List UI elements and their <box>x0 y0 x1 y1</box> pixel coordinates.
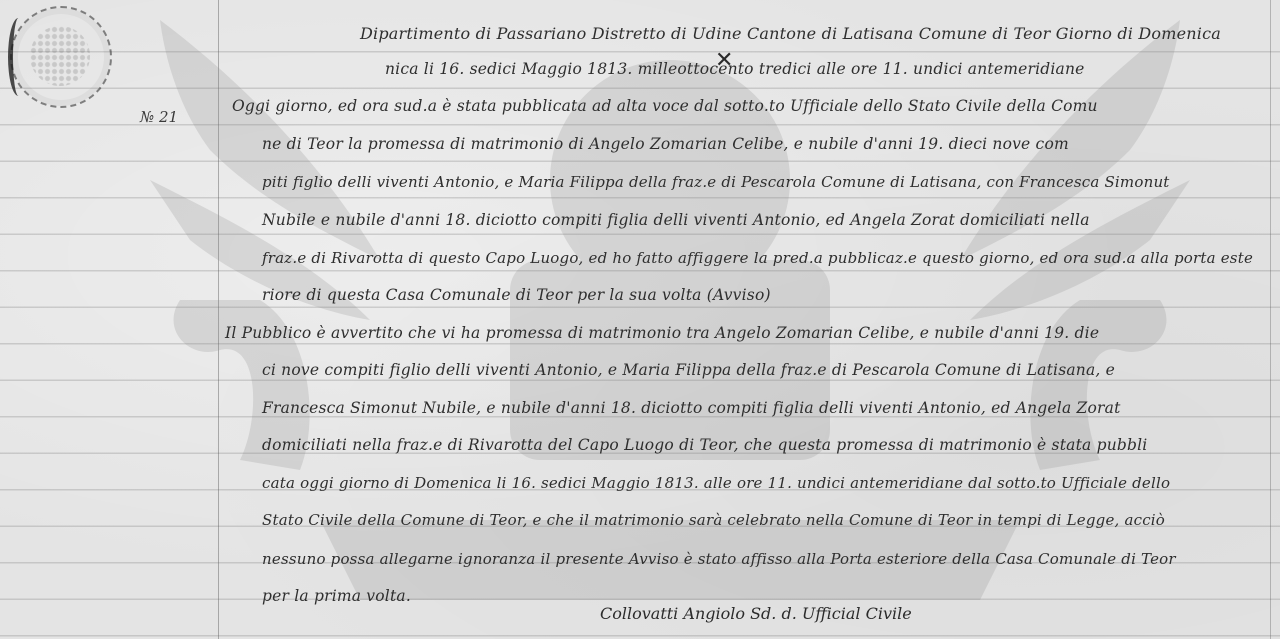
text-line: domiciliati nella fraz.e di Rivarotta de… <box>262 438 1147 454</box>
header-line-1: Dipartimento di Passariano Distretto di … <box>360 26 1221 42</box>
official-signature: Collovatti Angiolo Sd. d. Ufficial Civil… <box>600 604 912 623</box>
text-line: fraz.e di Rivarotta di questo Capo Luogo… <box>262 251 1253 266</box>
text-line: ne di Teor la promessa di matrimonio di … <box>262 137 1069 153</box>
text-line: per la prima volta. <box>262 589 411 605</box>
header-line-2: nica li 16. sedici Maggio 1813. milleott… <box>385 62 1085 78</box>
text-line: nessuno possa allegarne ignoranza il pre… <box>262 552 1176 567</box>
text-line: Oggi giorno, ed ora sud.a è stata pubbli… <box>232 99 1098 115</box>
page-edge-rule <box>1270 0 1271 639</box>
strikethrough-mark-icon: ✕ <box>715 48 733 73</box>
stamp-seal <box>30 26 90 86</box>
text-line: Stato Civile della Comune di Teor, e che… <box>262 513 1165 528</box>
text-line: cata oggi giorno di Domenica li 16. sedi… <box>262 476 1170 491</box>
text-line: Francesca Simonut Nubile, e nubile d'ann… <box>262 401 1121 417</box>
text-line: ci nove compiti figlio delli viventi Ant… <box>262 363 1115 379</box>
document-page: № 21 Dipartimento di Passariano Distrett… <box>0 0 1280 639</box>
text-line: riore di questa Casa Comunale di Teor pe… <box>262 288 771 304</box>
record-number: № 21 <box>140 108 178 126</box>
text-line: Nubile e nubile d'anni 18. diciotto comp… <box>262 213 1090 229</box>
archive-stamp-icon <box>10 6 112 108</box>
text-line: piti figlio delli viventi Antonio, e Mar… <box>262 175 1170 190</box>
ruled-lines <box>0 0 1280 639</box>
margin-rule <box>218 0 219 639</box>
text-line: Il Pubblico è avvertito che vi ha promes… <box>225 326 1099 342</box>
